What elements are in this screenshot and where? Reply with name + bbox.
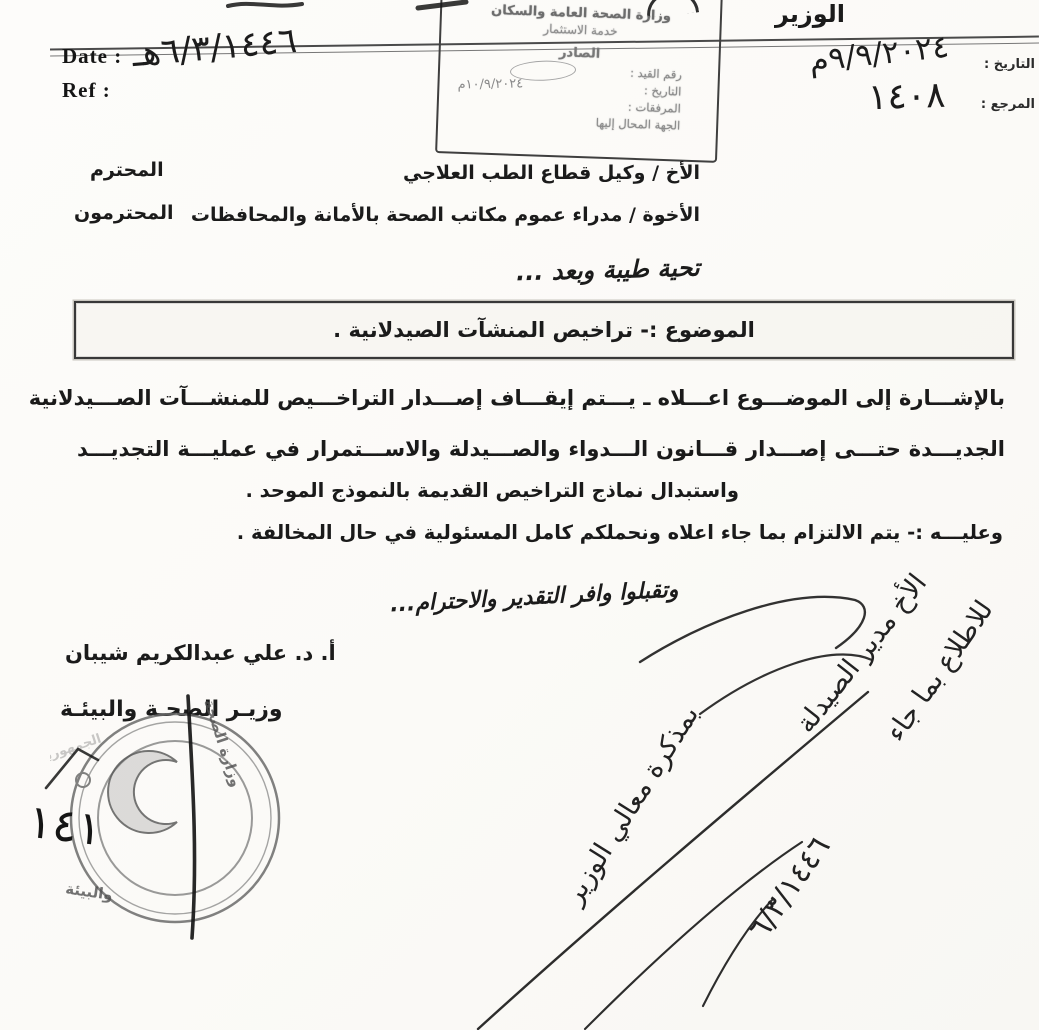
addressee-honorific-1: المحترم <box>90 159 164 181</box>
date-label: Date : <box>62 44 122 69</box>
handwritten-gregorian-date: ٩/٩/٢٠٢٤م <box>808 29 951 79</box>
subject-text: الموضوع :- تراخيص المنشآت الصيدلانية . <box>333 318 755 342</box>
note-tail-stroke-1 <box>640 597 865 662</box>
addressee-honorific-2: المحترمون <box>74 202 174 224</box>
addressee-line-1: الأخ / وكيل قطاع الطب العلاجي <box>403 162 700 184</box>
handwritten-hijri-date: ٦/٣/١٤٤٦هـ <box>131 21 299 75</box>
registry-stamp-date-value: ١٠/٩/٢٠٢٤م <box>457 76 523 92</box>
subject-box: الموضوع :- تراخيص المنشآت الصيدلانية . <box>74 301 1014 359</box>
meta-date-label: التاريخ : <box>984 57 1035 72</box>
annotation-line-3: بمذكرة معالي الوزير <box>558 700 705 910</box>
signature-name: أ. د. علي عبدالكريم شيبان <box>65 641 336 665</box>
body-paragraph2: وعليـــه :- يتم الالتزام بما جاء اعلاه و… <box>237 521 1003 544</box>
greeting-script: تحية طيبة وبعد ... <box>516 254 700 287</box>
minister-heading: الوزير <box>775 0 845 28</box>
handwritten-ref-number: ١٤٠٨ <box>867 75 946 119</box>
seal-text-right: وزارة الصحة <box>200 700 245 789</box>
body-paragraph1-line2: الجديـــدة حتـــى إصـــدار قـــانون الــ… <box>77 437 1005 461</box>
addressee-line-2: الأخوة / مدراء عموم مكاتب الصحة بالأمانة… <box>191 204 700 226</box>
document-page: الوزير Date : Ref : ٦/٣/١٤٤٦هـ التاريخ :… <box>0 0 1039 1030</box>
crescent-icon <box>108 751 177 833</box>
meta-ref-label: المرجع : <box>981 97 1035 112</box>
seal-text-top: الجمهورية اليمنية <box>50 732 103 781</box>
body-paragraph1-line3: واستبدال نماذج التراخيص القديمة بالنموذج… <box>245 479 739 502</box>
ref-label: Ref : <box>62 78 111 103</box>
top-edge-mark-1 <box>228 4 302 6</box>
annotation-number: ١٤١ <box>25 794 105 857</box>
closing-script: وتقبلوا وافر التقدير والاحترام... <box>390 577 679 617</box>
registry-stamp-box: وزارة الصحة العامة والسكان خدمة الاستثما… <box>435 0 723 163</box>
body-paragraph1-line1: بالإشـــارة إلى الموضـــوع اعـــلاه ـ يـ… <box>77 386 1005 410</box>
annotation-date: ٦/٣/١٤٤٦ <box>742 830 838 946</box>
seal-text-bottom: والبيئة <box>64 880 114 904</box>
